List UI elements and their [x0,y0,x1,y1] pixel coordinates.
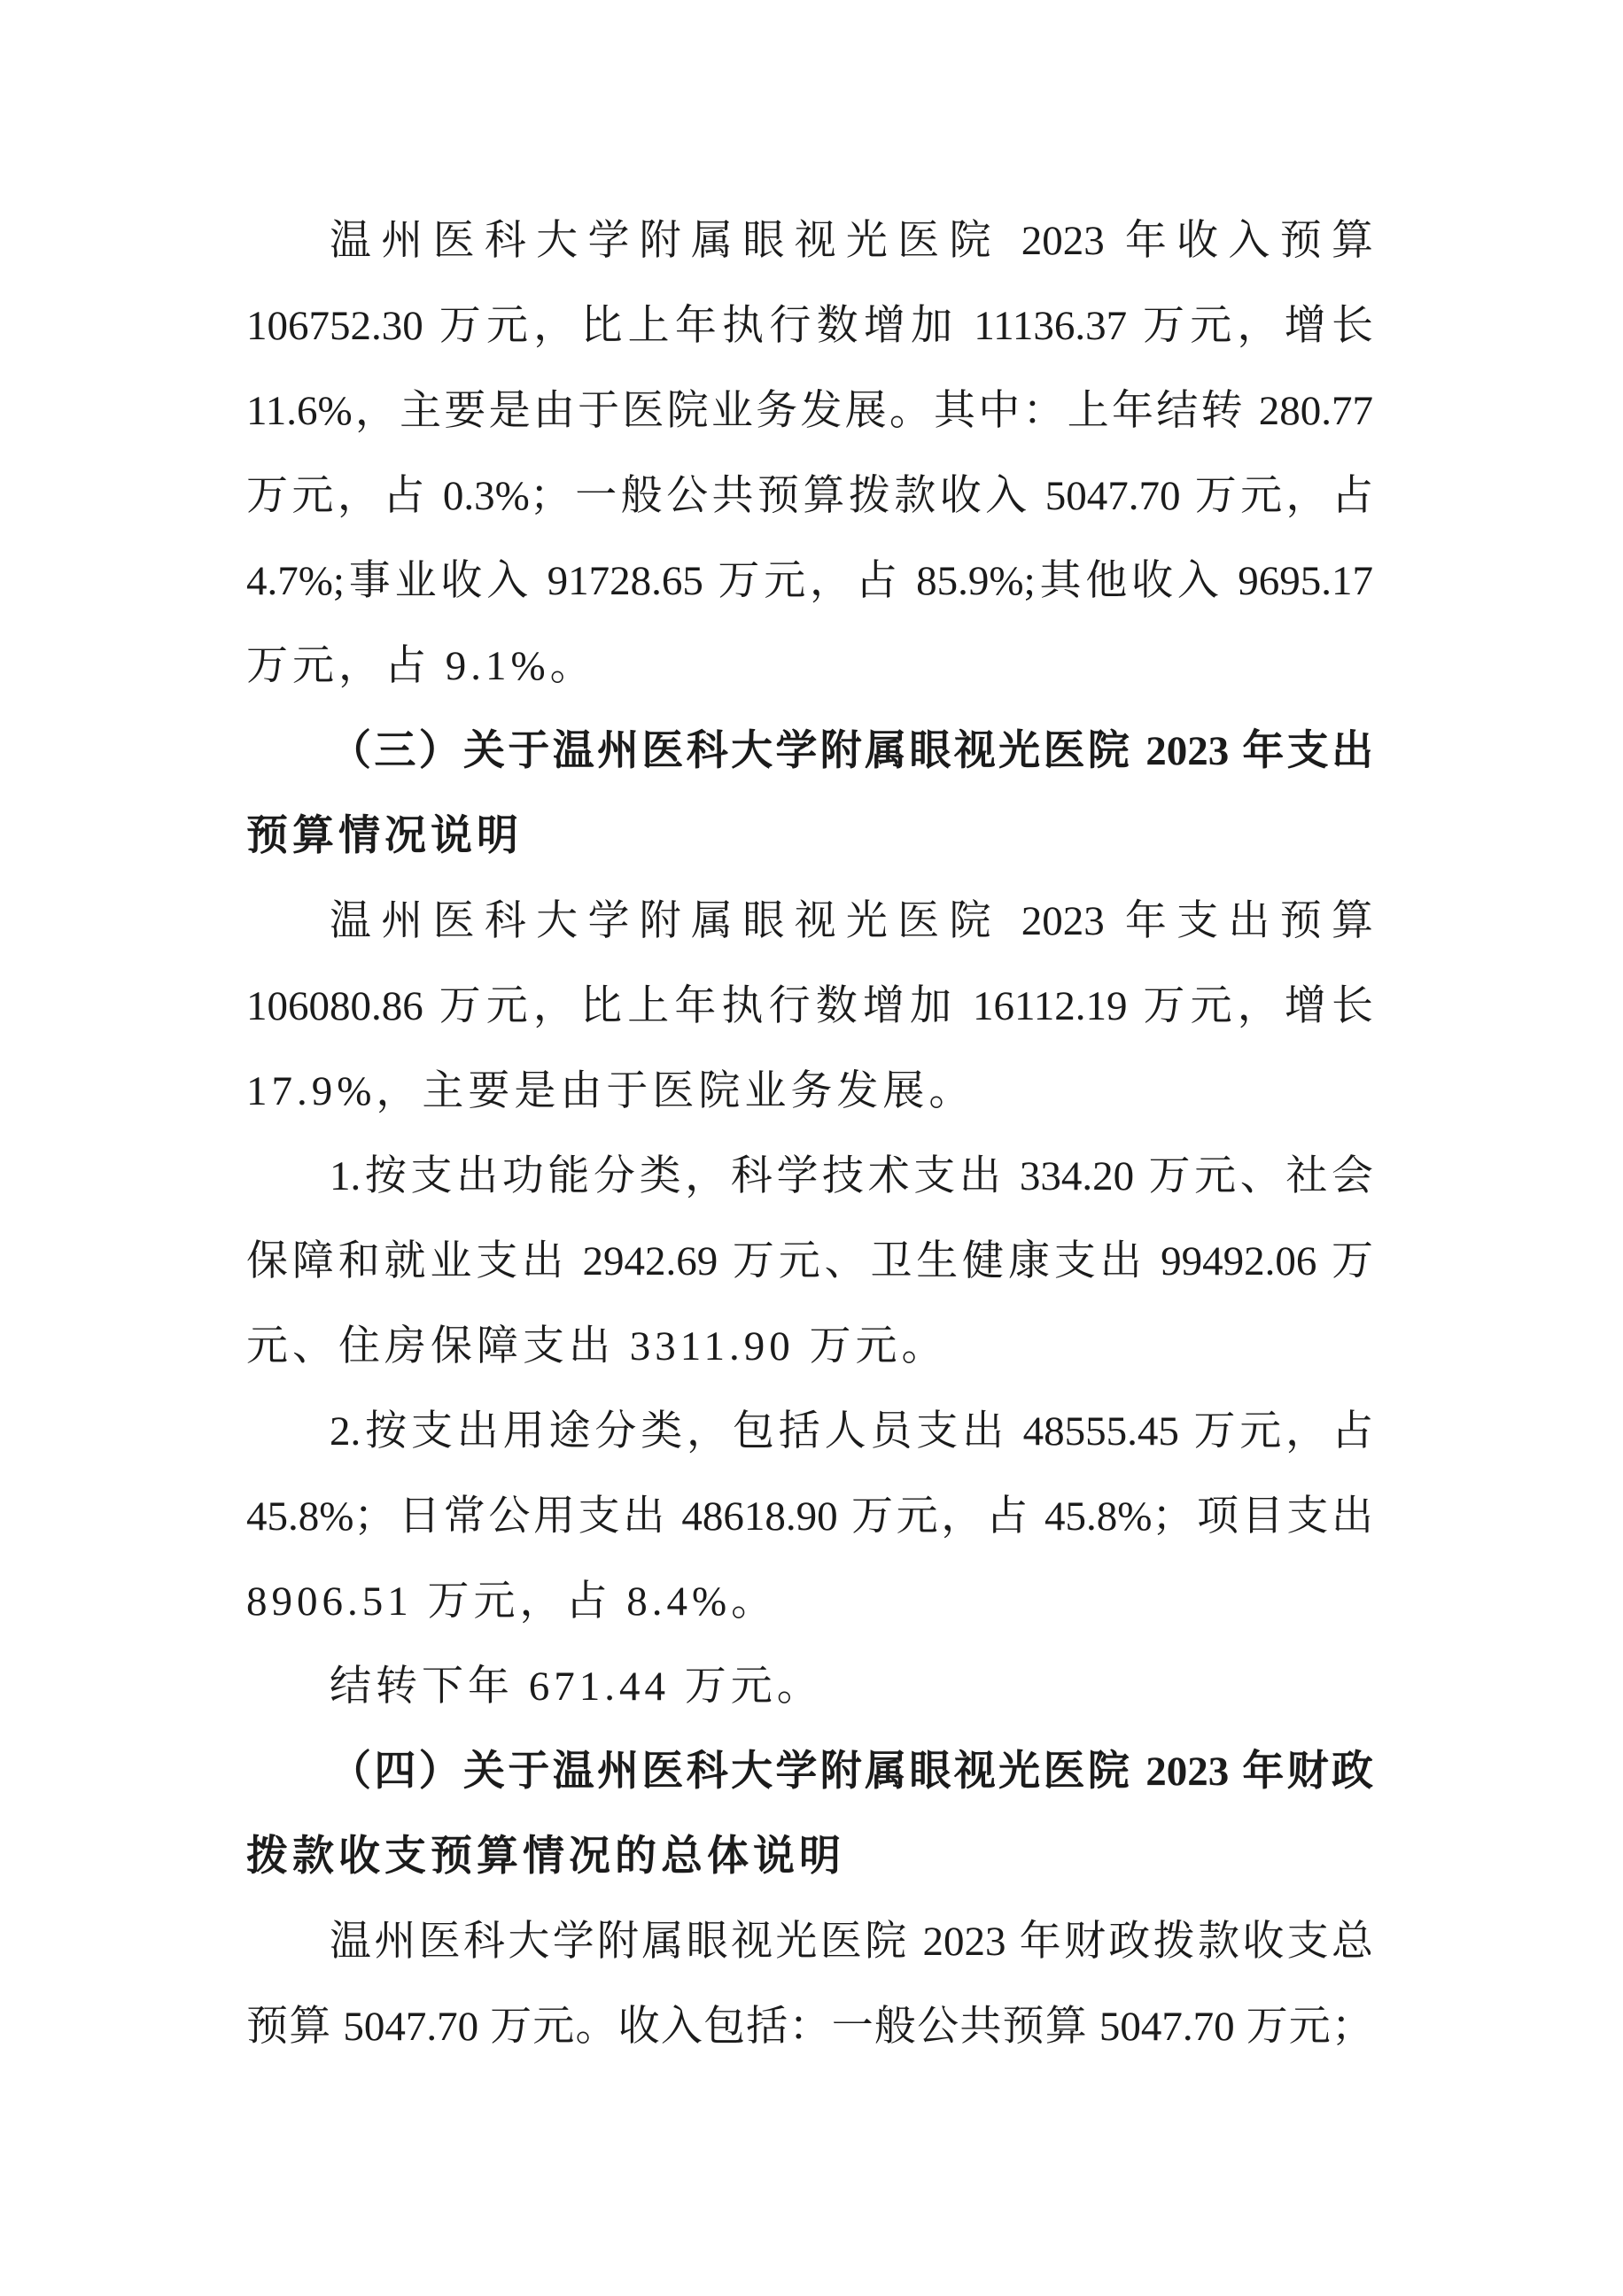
document-line: 106080.86 万元，比上年执行数增加 16112.19 万元，增长 [246,964,1373,1049]
document-line: 万元，占 9.1%。 [246,624,1373,709]
document-line: 17.9%，主要是由于医院业务发展。 [246,1049,1373,1134]
document-line: 温州医科大学附属眼视光医院 2023 年收入预算 [246,198,1373,283]
document-line: 拨款收支预算情况的总体说明 [246,1814,1373,1899]
document-line: （三）关于温州医科大学附属眼视光医院 2023 年支出 [246,709,1373,794]
document-line: 温州医科大学附属眼视光医院 2023 年支出预算 [246,879,1373,964]
document-line: 预算 5047.70 万元。收入包括：一般公共预算 5047.70 万元； [246,1984,1373,2069]
document-line: 4.7%;事业收入 91728.65 万元，占 85.9%;其他收入 9695.… [246,539,1373,624]
document-line: 保障和就业支出 2942.69 万元、卫生健康支出 99492.06 万 [246,1219,1373,1304]
document-line: 45.8%；日常公用支出 48618.90 万元，占 45.8%；项目支出 [246,1474,1373,1559]
document-line: （四）关于温州医科大学附属眼视光医院 2023 年财政 [246,1729,1373,1814]
document-line: 8906.51 万元，占 8.4%。 [246,1559,1373,1644]
document-line: 2.按支出用途分类，包括人员支出 48555.45 万元，占 [246,1389,1373,1474]
document-page: 温州医科大学附属眼视光医院 2023 年收入预算106752.30 万元，比上年… [0,0,1623,2296]
document-line: 万元，占 0.3%；一般公共预算拨款收入 5047.70 万元，占 [246,454,1373,539]
document-line: 106752.30 万元，比上年执行数增加 11136.37 万元，增长 [246,283,1373,368]
document-line: 元、住房保障支出 3311.90 万元。 [246,1304,1373,1389]
document-line: 预算情况说明 [246,794,1373,879]
text-block: 温州医科大学附属眼视光医院 2023 年收入预算106752.30 万元，比上年… [246,198,1373,2069]
document-line: 1.按支出功能分类，科学技术支出 334.20 万元、社会 [246,1134,1373,1219]
document-line: 结转下年 671.44 万元。 [246,1644,1373,1729]
document-line: 温州医科大学附属眼视光医院 2023 年财政拨款收支总 [246,1899,1373,1984]
document-line: 11.6%，主要是由于医院业务发展。其中：上年结转 280.77 [246,368,1373,454]
